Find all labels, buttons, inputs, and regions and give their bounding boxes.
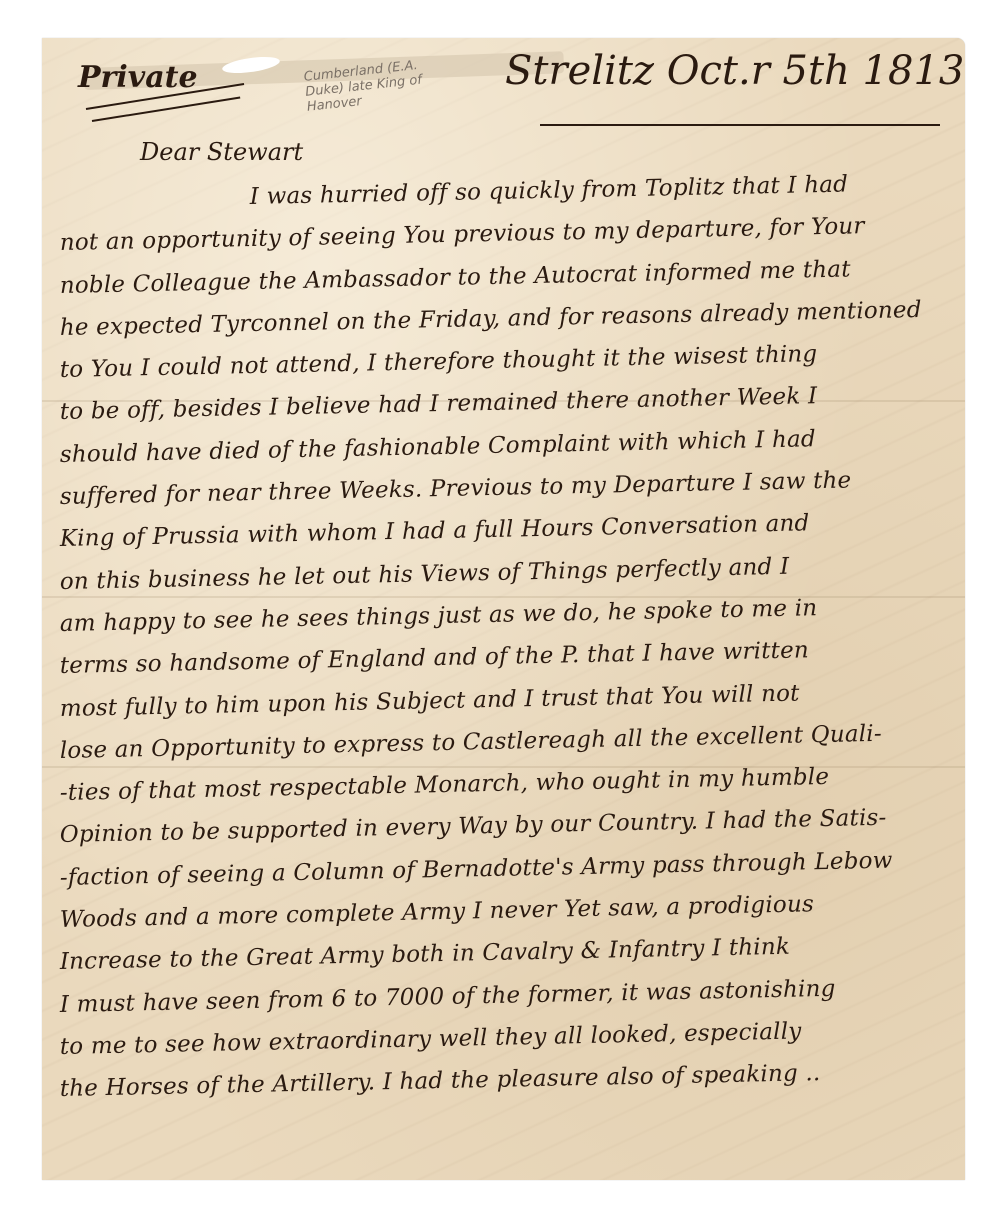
dateline: Strelitz Oct.r 5th 1813 [505,48,964,94]
dateline-underline [540,124,940,126]
salutation: Dear Stewart [140,138,303,166]
private-marking: Private [78,60,198,95]
letter-body: I was hurried off so quickly from Toplit… [60,188,960,1119]
